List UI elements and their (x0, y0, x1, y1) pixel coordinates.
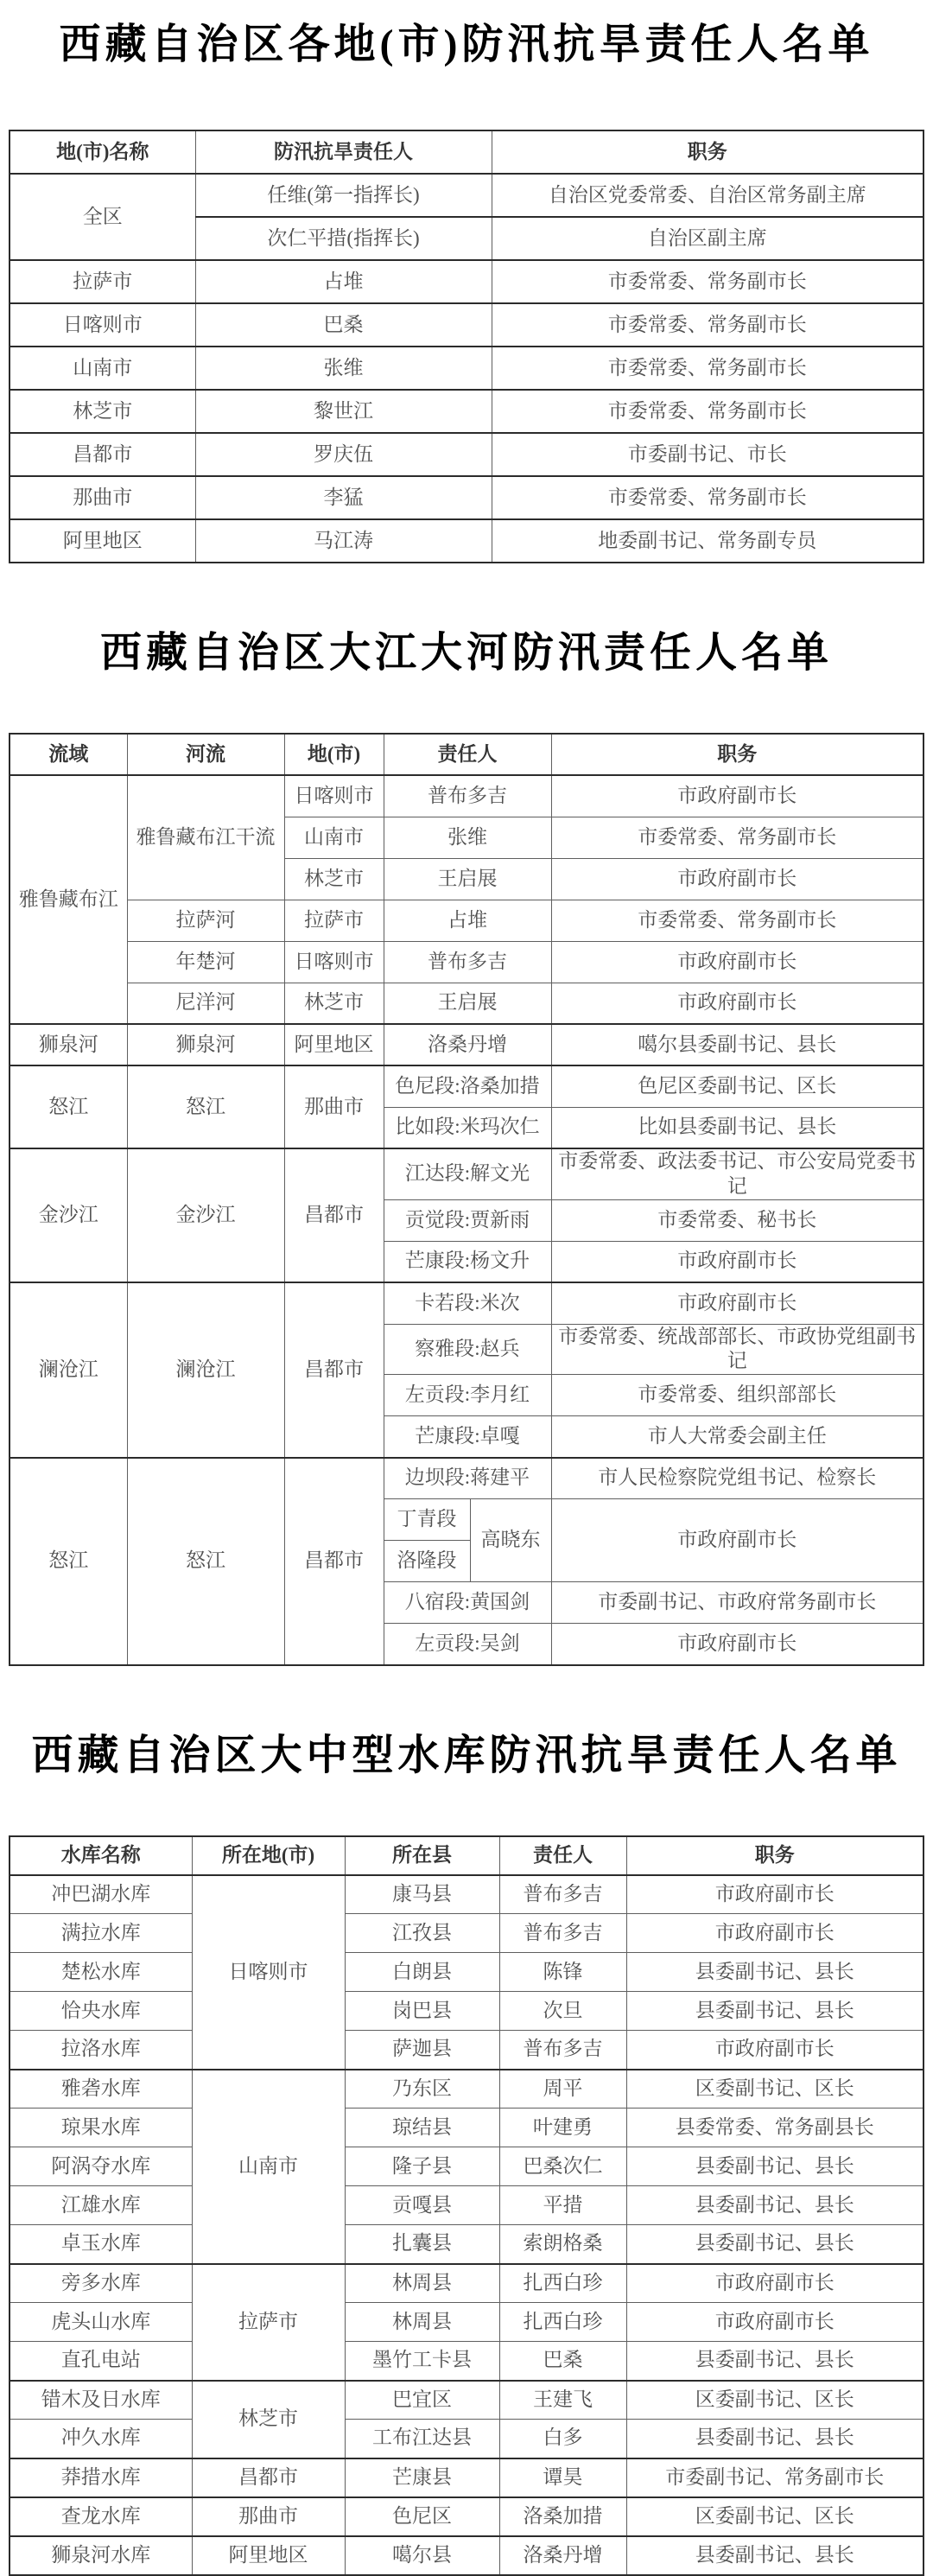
table-cell: 恰央水库 (10, 1992, 192, 2031)
table-cell: 洛隆段 (384, 1541, 470, 1582)
table-cell: 占堆 (384, 900, 551, 941)
table-cell: 普布多吉 (499, 1914, 626, 1953)
table-cell: 普布多吉 (499, 2031, 626, 2070)
table-row: 林芝市黎世江市委常委、常务副市长 (10, 390, 923, 433)
table-cell: 金沙江 (127, 1148, 284, 1282)
table-cell: 王启展 (384, 858, 551, 900)
table-cell: 林芝市 (284, 858, 384, 900)
table-cell: 岗巴县 (345, 1992, 499, 2031)
table-cell: 县委副书记、县长 (626, 1992, 923, 2031)
table-header-cell: 职务 (626, 1836, 923, 1875)
table-cell: 比如县委副书记、县长 (551, 1107, 923, 1148)
table-cell: 普布多吉 (499, 1875, 626, 1914)
table-header-cell: 河流 (127, 734, 284, 775)
table-cell: 冲巴湖水库 (10, 1875, 192, 1914)
table-cell: 昌都市 (284, 1458, 384, 1665)
table-cell: 市委常委、组织部部长 (551, 1375, 923, 1416)
table-row: 怒江怒江昌都市边坝段:蒋建平市人民检察院党组书记、检察长 (10, 1458, 923, 1499)
table-cell: 市委常委、常务副市长 (492, 260, 923, 303)
table-cell: 左贡段:吴剑 (384, 1624, 551, 1665)
table-cell: 山南市 (10, 347, 195, 390)
table-cell: 洛桑加措 (499, 2497, 626, 2536)
table-cell: 边坝段:蒋建平 (384, 1458, 551, 1499)
table-cell: 怒江 (127, 1065, 284, 1148)
table-cell: 高晓东 (470, 1499, 551, 1582)
table-cell: 噶尔县委副书记、县长 (551, 1024, 923, 1065)
table-cell: 虎头山水库 (10, 2303, 192, 2342)
table-cell: 普布多吉 (384, 941, 551, 983)
table-cell: 县委副书记、县长 (626, 2225, 923, 2264)
table-row: 阿涡夺水库隆子县巴桑次仁县委副书记、县长 (10, 2147, 923, 2186)
table-row: 山南市张维市委常委、常务副市长 (10, 347, 923, 390)
table-cell: 次仁平措(指挥长) (195, 217, 492, 260)
table-cell: 白朗县 (345, 1953, 499, 1992)
table-cell: 洛桑丹增 (499, 2536, 626, 2575)
table-cell: 雅砻水库 (10, 2070, 192, 2109)
table-cell: 日喀则市 (10, 303, 195, 347)
table-row: 拉萨河拉萨市占堆市委常委、常务副市长 (10, 900, 923, 941)
table-cell: 市政府副市长 (551, 983, 923, 1024)
table-cell: 江孜县 (345, 1914, 499, 1953)
t2-table: 流域河流地(市)责任人职务雅鲁藏布江雅鲁藏布江干流日喀则市普布多吉市政府副市长山… (9, 733, 924, 1666)
table-cell: 王启展 (384, 983, 551, 1024)
table-region-city-responsible: 地(市)名称防汛抗旱责任人职务全区任维(第一指挥长)自治区党委常委、自治区常务副… (0, 130, 933, 563)
table-cell: 市政府副市长 (551, 858, 923, 900)
table-cell: 林芝市 (10, 390, 195, 433)
table-cell: 怒江 (127, 1458, 284, 1665)
table-cell: 墨竹工卡县 (345, 2342, 499, 2381)
table-cell: 县委副书记、县长 (626, 2186, 923, 2225)
table-cell: 周平 (499, 2070, 626, 2109)
table-cell: 拉萨市 (192, 2264, 345, 2381)
table-cell: 市人民检察院党组书记、检察长 (551, 1458, 923, 1499)
table-cell: 占堆 (195, 260, 492, 303)
table-cell: 马江涛 (195, 519, 492, 563)
table-cell: 县委副书记、县长 (626, 2536, 923, 2575)
t1-table: 地(市)名称防汛抗旱责任人职务全区任维(第一指挥长)自治区党委常委、自治区常务副… (9, 130, 924, 563)
table-cell: 旁多水库 (10, 2264, 192, 2303)
table-cell: 谭昊 (499, 2458, 626, 2497)
table-cell: 市委常委、常务副市长 (492, 303, 923, 347)
table-cell: 莽措水库 (10, 2458, 192, 2497)
table-cell: 市政府副市长 (551, 1624, 923, 1665)
table-cell: 市委常委、常务副市长 (551, 900, 923, 941)
table-header-row: 流域河流地(市)责任人职务 (10, 734, 923, 775)
table-header-cell: 地(市)名称 (10, 130, 195, 174)
table-cell: 琼果水库 (10, 2109, 192, 2147)
table-cell: 狮泉河水库 (10, 2536, 192, 2575)
table-cell: 日喀则市 (284, 941, 384, 983)
table-cell: 市政府副市长 (551, 941, 923, 983)
table-cell: 县委副书记、县长 (626, 1953, 923, 1992)
table-row: 旁多水库拉萨市林周县扎西白珍市政府副市长 (10, 2264, 923, 2303)
table-cell: 乃东区 (345, 2070, 499, 2109)
table-row: 拉洛水库萨迦县普布多吉市政府副市长 (10, 2031, 923, 2070)
table-cell: 白多 (499, 2420, 626, 2458)
table-cell: 扎西白珍 (499, 2303, 626, 2342)
table-cell: 康马县 (345, 1875, 499, 1914)
table-header-cell: 所在县 (345, 1836, 499, 1875)
table-cell: 金沙江 (10, 1148, 127, 1282)
table-row: 澜沧江澜沧江昌都市卡若段:米次市政府副市长 (10, 1282, 923, 1324)
table-row: 阿里地区马江涛地委副书记、常务副专员 (10, 519, 923, 563)
table-cell: 张维 (384, 817, 551, 858)
table-cell: 芒康县 (345, 2458, 499, 2497)
table-row: 查龙水库那曲市色尼区洛桑加措区委副书记、区长 (10, 2497, 923, 2536)
table-cell: 市政府副市长 (551, 1282, 923, 1324)
table-cell: 查龙水库 (10, 2497, 192, 2536)
table-header-cell: 职务 (551, 734, 923, 775)
table-row: 琼果水库琼结县叶建勇县委常委、常务副县长 (10, 2109, 923, 2147)
t3-table: 水库名称所在地(市)所在县责任人职务冲巴湖水库日喀则市康马县普布多吉市政府副市长… (9, 1835, 924, 2576)
table-header-cell: 地(市) (284, 734, 384, 775)
table-cell: 江达段:解文光 (384, 1148, 551, 1199)
table-cell: 平措 (499, 2186, 626, 2225)
table-cell: 色尼区 (345, 2497, 499, 2536)
table-cell: 隆子县 (345, 2147, 499, 2186)
table-row: 尼洋河林芝市王启展市政府副市长 (10, 983, 923, 1024)
table-cell: 巴宜区 (345, 2381, 499, 2420)
table-cell: 林芝市 (192, 2381, 345, 2458)
table-header-cell: 水库名称 (10, 1836, 192, 1875)
table-row: 错木及日水库林芝市巴宜区王建飞区委副书记、区长 (10, 2381, 923, 2420)
title-city-flood-drought-roster: 西藏自治区各地(市)防汛抗旱责任人名单 (0, 19, 933, 71)
table-cell: 市政府副市长 (626, 2303, 923, 2342)
table-cell: 林周县 (345, 2303, 499, 2342)
table-cell: 市政府副市长 (626, 2031, 923, 2070)
table-cell: 噶尔县 (345, 2536, 499, 2575)
table-cell: 怒江 (10, 1458, 127, 1665)
table-row: 满拉水库江孜县普布多吉市政府副市长 (10, 1914, 923, 1953)
table-row: 年楚河日喀则市普布多吉市政府副市长 (10, 941, 923, 983)
table-cell: 市政府副市长 (626, 2264, 923, 2303)
table-cell: 阿里地区 (10, 519, 195, 563)
table-cell: 日喀则市 (192, 1875, 345, 2070)
table-cell: 市委副书记、市政府常务副市长 (551, 1582, 923, 1624)
table-cell: 任维(第一指挥长) (195, 174, 492, 217)
table-cell: 市政府副市长 (551, 775, 923, 817)
table-header-cell: 职务 (492, 130, 923, 174)
table-row: 昌都市罗庆伍市委副书记、市长 (10, 433, 923, 476)
table-cell: 市政府副市长 (551, 1499, 923, 1582)
table-cell: 昌都市 (284, 1148, 384, 1282)
table-cell: 地委副书记、常务副专员 (492, 519, 923, 563)
table-row: 拉萨市占堆市委常委、常务副市长 (10, 260, 923, 303)
table-row: 卓玉水库扎囊县索朗格桑县委副书记、县长 (10, 2225, 923, 2264)
table-cell: 黎世江 (195, 390, 492, 433)
table-cell: 市政府副市长 (626, 1914, 923, 1953)
table-cell: 那曲市 (10, 476, 195, 519)
table-cell: 区委副书记、区长 (626, 2497, 923, 2536)
table-cell: 自治区副主席 (492, 217, 923, 260)
table-cell: 县委副书记、县长 (626, 2420, 923, 2458)
table-cell: 昌都市 (10, 433, 195, 476)
table-cell: 直孔电站 (10, 2342, 192, 2381)
table-cell: 张维 (195, 347, 492, 390)
table-cell: 尼洋河 (127, 983, 284, 1024)
table-cell: 昌都市 (192, 2458, 345, 2497)
table-cell: 山南市 (192, 2070, 345, 2264)
table-cell: 雅鲁藏布江干流 (127, 775, 284, 900)
table-cell: 洛桑丹增 (384, 1024, 551, 1065)
table-cell: 楚松水库 (10, 1953, 192, 1992)
table-cell: 李猛 (195, 476, 492, 519)
table-cell: 怒江 (10, 1065, 127, 1148)
table-cell: 卓玉水库 (10, 2225, 192, 2264)
table-cell: 冲久水库 (10, 2420, 192, 2458)
table-row: 直孔电站墨竹工卡县巴桑县委副书记、县长 (10, 2342, 923, 2381)
table-cell: 市委常委、常务副市长 (492, 476, 923, 519)
table-cell: 那曲市 (284, 1065, 384, 1148)
table-row: 冲久水库工布江达县白多县委副书记、县长 (10, 2420, 923, 2458)
table-cell: 琼结县 (345, 2109, 499, 2147)
table-cell: 狮泉河 (10, 1024, 127, 1065)
table-cell: 芒康段:卓嘎 (384, 1416, 551, 1458)
table-cell: 自治区党委常委、自治区常务副主席 (492, 174, 923, 217)
title-major-rivers-roster: 西藏自治区大江大河防汛责任人名单 (0, 627, 933, 679)
table-header-row: 水库名称所在地(市)所在县责任人职务 (10, 1836, 923, 1875)
table-cell: 县委副书记、县长 (626, 2342, 923, 2381)
table-cell: 区委副书记、区长 (626, 2070, 923, 2109)
table-cell: 市人大常委会副主任 (551, 1416, 923, 1458)
table-cell: 年楚河 (127, 941, 284, 983)
table-cell: 澜沧江 (10, 1282, 127, 1458)
table-cell: 那曲市 (192, 2497, 345, 2536)
table-cell: 贡觉段:贾新雨 (384, 1199, 551, 1241)
table-cell: 全区 (10, 174, 195, 260)
table-cell: 次旦 (499, 1992, 626, 2031)
table-cell: 八宿段:黄国剑 (384, 1582, 551, 1624)
table-cell: 左贡段:李月红 (384, 1375, 551, 1416)
table-cell: 江雄水库 (10, 2186, 192, 2225)
table-cell: 萨迦县 (345, 2031, 499, 2070)
table-row: 虎头山水库林周县扎西白珍市政府副市长 (10, 2303, 923, 2342)
table-cell: 工布江达县 (345, 2420, 499, 2458)
table-cell: 巴桑次仁 (499, 2147, 626, 2186)
table-header-cell: 流域 (10, 734, 127, 775)
table-cell: 贡嘎县 (345, 2186, 499, 2225)
table-cell: 市委常委、常务副市长 (492, 347, 923, 390)
table-cell: 雅鲁藏布江 (10, 775, 127, 1024)
table-row: 那曲市李猛市委常委、常务副市长 (10, 476, 923, 519)
table-cell: 县委常委、常务副县长 (626, 2109, 923, 2147)
table-cell: 陈锋 (499, 1953, 626, 1992)
table-cell: 拉洛水库 (10, 2031, 192, 2070)
table-reservoirs-responsible: 水库名称所在地(市)所在县责任人职务冲巴湖水库日喀则市康马县普布多吉市政府副市长… (0, 1835, 933, 2576)
table-row: 全区任维(第一指挥长)自治区党委常委、自治区常务副主席 (10, 174, 923, 217)
table-cell: 山南市 (284, 817, 384, 858)
table-cell: 昌都市 (284, 1282, 384, 1458)
table-cell: 索朗格桑 (499, 2225, 626, 2264)
table-row: 狮泉河水库阿里地区噶尔县洛桑丹增县委副书记、县长 (10, 2536, 923, 2575)
table-row: 楚松水库白朗县陈锋县委副书记、县长 (10, 1953, 923, 1992)
table-cell: 县委副书记、县长 (626, 2147, 923, 2186)
table-cell: 察雅段:赵兵 (384, 1324, 551, 1375)
table-cell: 普布多吉 (384, 775, 551, 817)
title-reservoirs-roster: 西藏自治区大中型水库防汛抗旱责任人名单 (0, 1730, 933, 1782)
table-row: 冲巴湖水库日喀则市康马县普布多吉市政府副市长 (10, 1875, 923, 1914)
table-cell: 澜沧江 (127, 1282, 284, 1458)
table-cell: 色尼段:洛桑加措 (384, 1065, 551, 1107)
table-row: 雅鲁藏布江雅鲁藏布江干流日喀则市普布多吉市政府副市长 (10, 775, 923, 817)
table-cell: 林芝市 (284, 983, 384, 1024)
table-major-rivers-responsible: 流域河流地(市)责任人职务雅鲁藏布江雅鲁藏布江干流日喀则市普布多吉市政府副市长山… (0, 733, 933, 1666)
table-cell: 日喀则市 (284, 775, 384, 817)
table-cell: 阿里地区 (192, 2536, 345, 2575)
table-cell: 市委常委、秘书长 (551, 1199, 923, 1241)
table-cell: 阿涡夺水库 (10, 2147, 192, 2186)
table-cell: 阿里地区 (284, 1024, 384, 1065)
table-header-cell: 责任人 (384, 734, 551, 775)
table-cell: 芒康段:杨文升 (384, 1241, 551, 1282)
table-cell: 王建飞 (499, 2381, 626, 2420)
table-cell: 巴桑 (499, 2342, 626, 2381)
table-cell: 市委常委、统战部部长、市政协党组副书记 (551, 1324, 923, 1375)
table-cell: 罗庆伍 (195, 433, 492, 476)
table-cell: 拉萨河 (127, 900, 284, 941)
table-cell: 区委副书记、区长 (626, 2381, 923, 2420)
table-cell: 市委副书记、市长 (492, 433, 923, 476)
table-cell: 扎西白珍 (499, 2264, 626, 2303)
table-row: 江雄水库贡嘎县平措县委副书记、县长 (10, 2186, 923, 2225)
table-cell: 比如段:米玛次仁 (384, 1107, 551, 1148)
table-cell: 市政府副市长 (626, 1875, 923, 1914)
table-cell: 丁青段 (384, 1499, 470, 1541)
table-cell: 市政府副市长 (551, 1241, 923, 1282)
table-row: 恰央水库岗巴县次旦县委副书记、县长 (10, 1992, 923, 2031)
table-header-cell: 防汛抗旱责任人 (195, 130, 492, 174)
table-row: 怒江怒江那曲市色尼段:洛桑加措色尼区委副书记、区长 (10, 1065, 923, 1107)
table-cell: 叶建勇 (499, 2109, 626, 2147)
table-cell: 市委常委、常务副市长 (551, 817, 923, 858)
table-row: 金沙江金沙江昌都市江达段:解文光市委常委、政法委书记、市公安局党委书记 (10, 1148, 923, 1199)
table-cell: 满拉水库 (10, 1914, 192, 1953)
table-cell: 卡若段:米次 (384, 1282, 551, 1324)
table-cell: 市委常委、常务副市长 (492, 390, 923, 433)
table-cell: 扎囊县 (345, 2225, 499, 2264)
table-cell: 错木及日水库 (10, 2381, 192, 2420)
table-header-cell: 责任人 (499, 1836, 626, 1875)
table-header-cell: 所在地(市) (192, 1836, 345, 1875)
table-header-row: 地(市)名称防汛抗旱责任人职务 (10, 130, 923, 174)
table-cell: 市委常委、政法委书记、市公安局党委书记 (551, 1148, 923, 1199)
document-page: 西藏自治区各地(市)防汛抗旱责任人名单 地(市)名称防汛抗旱责任人职务全区任维(… (0, 0, 933, 2576)
table-cell: 巴桑 (195, 303, 492, 347)
table-row: 日喀则市巴桑市委常委、常务副市长 (10, 303, 923, 347)
table-cell: 市委副书记、常务副市长 (626, 2458, 923, 2497)
table-cell: 拉萨市 (284, 900, 384, 941)
table-row: 狮泉河狮泉河阿里地区洛桑丹增噶尔县委副书记、县长 (10, 1024, 923, 1065)
table-row: 莽措水库昌都市芒康县谭昊市委副书记、常务副市长 (10, 2458, 923, 2497)
table-cell: 拉萨市 (10, 260, 195, 303)
table-cell: 色尼区委副书记、区长 (551, 1065, 923, 1107)
table-cell: 狮泉河 (127, 1024, 284, 1065)
table-row: 雅砻水库山南市乃东区周平区委副书记、区长 (10, 2070, 923, 2109)
table-cell: 林周县 (345, 2264, 499, 2303)
